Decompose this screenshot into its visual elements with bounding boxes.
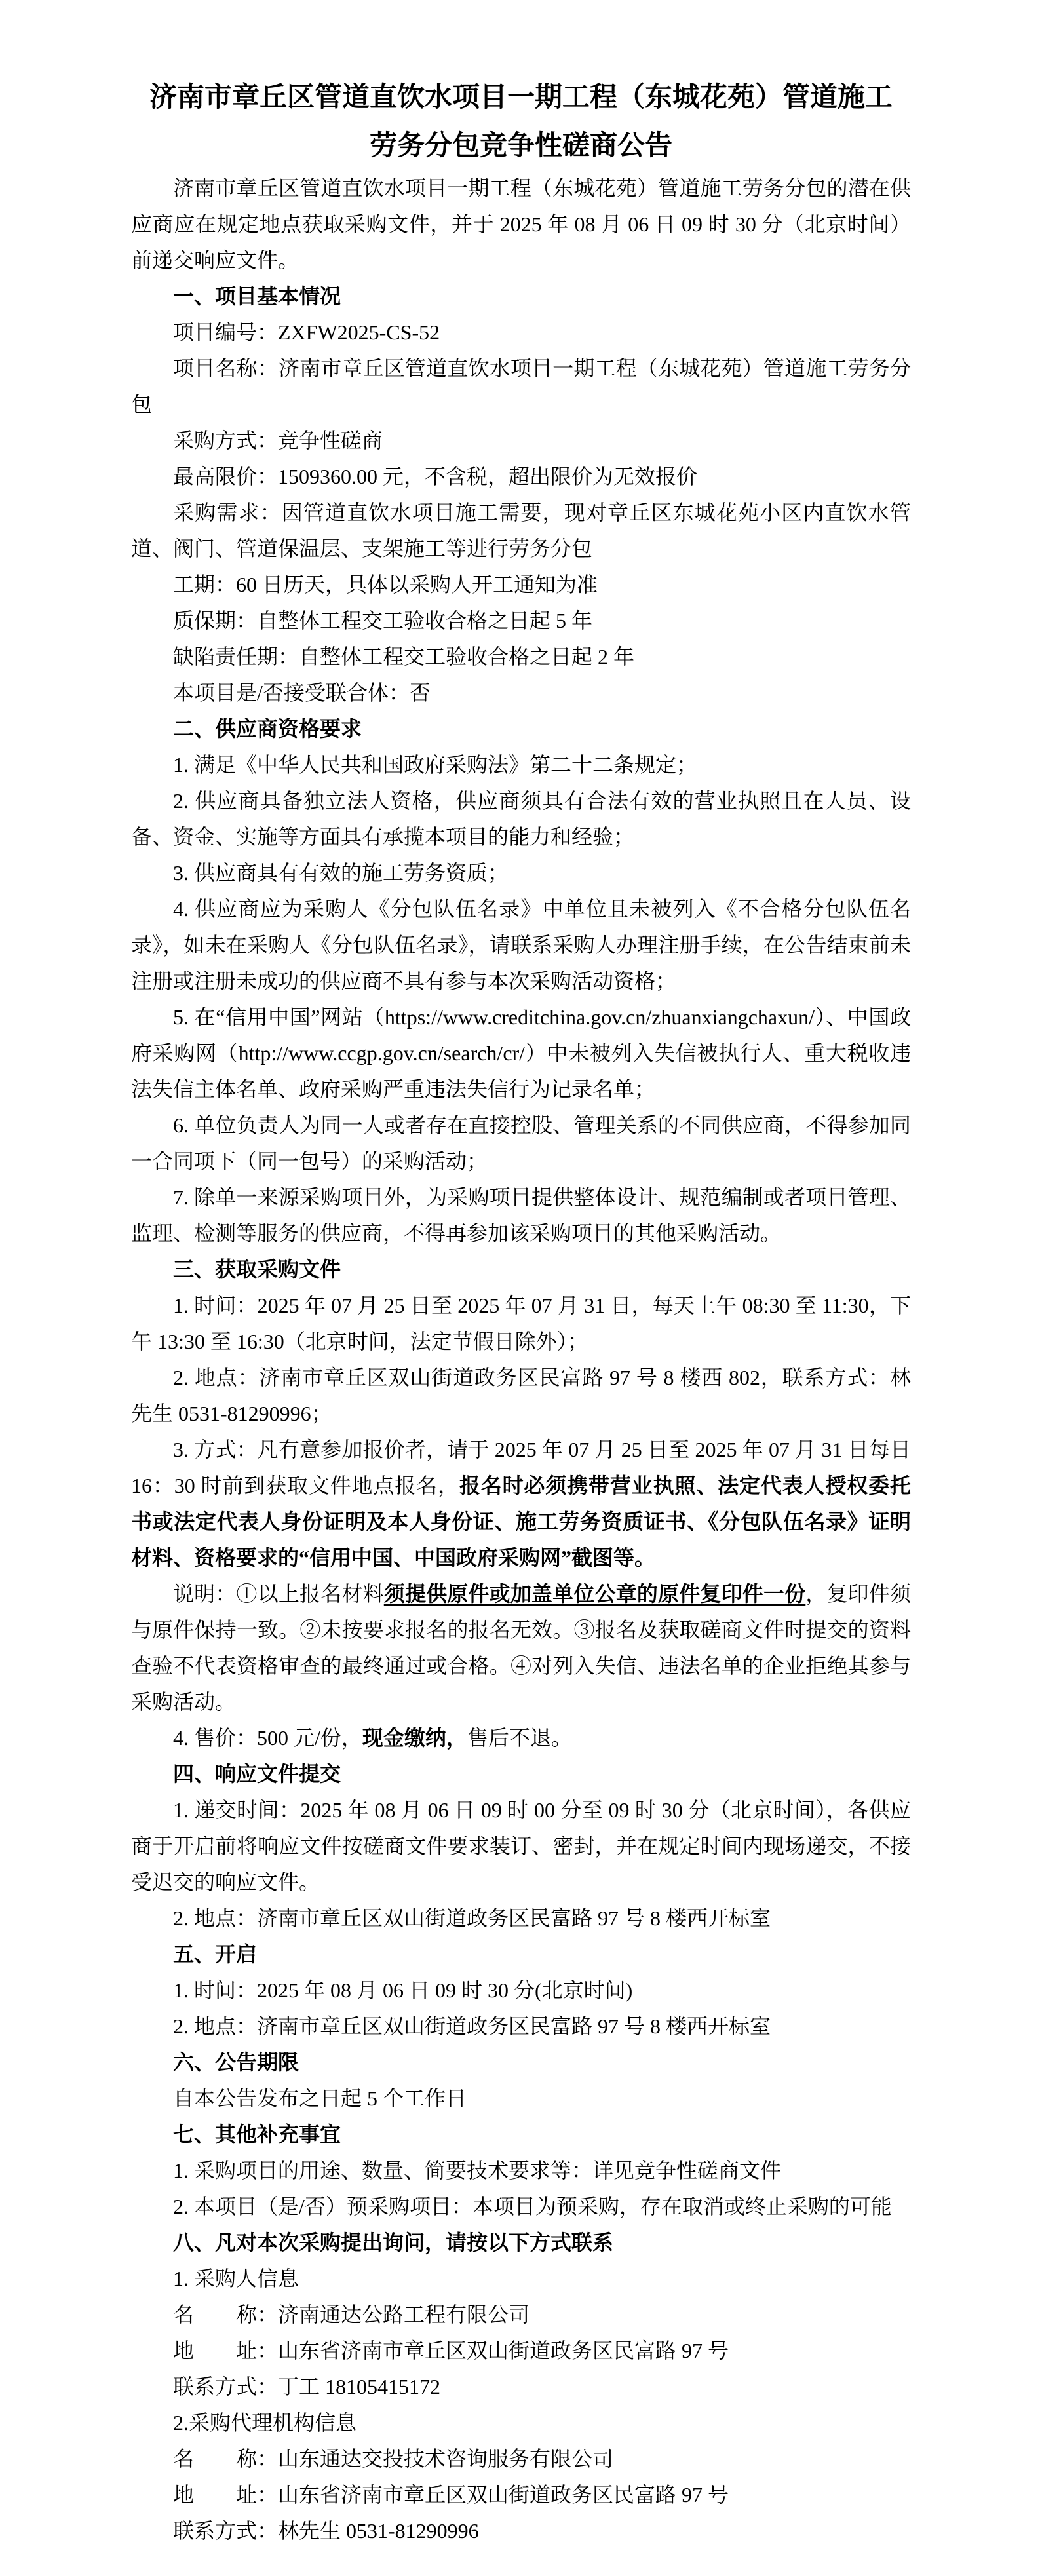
announcement-period: 自本公告发布之日起 5 个工作日: [131, 2081, 911, 2117]
document-price-run-1: 现金缴纳，: [362, 1726, 467, 1750]
doc-title-line-2-run-0: 劳务分包竞争性磋商公告: [370, 131, 672, 161]
qualification-item-2-run-0: 2. 供应商具备独立法人资格，供应商须具有合法有效的营业执照且在人员、设备、资金…: [131, 789, 911, 849]
announcement-period-run-0: 自本公告发布之日起 5 个工作日: [173, 2086, 467, 2110]
procurement-demand-run-0: 采购需求：因管道直饮水项目施工需要，现对章丘区东城花苑小区内直饮水管道、阀门、管…: [131, 501, 911, 560]
other-item-1-run-0: 1. 采购项目的用途、数量、简要技术要求等：详见竞争性磋商文件: [173, 2159, 781, 2182]
section-4-heading: 四、响应文件提交: [131, 1756, 911, 1792]
section-5-heading: 五、开启: [131, 1936, 911, 1972]
opening-place-run-0: 2. 地点：济南市章丘区双山街道政务区民富路 97 号 8 楼西开标室: [173, 2014, 771, 2038]
section-7-heading: 七、其他补充事宜: [131, 2117, 911, 2153]
qualification-item-4: 4. 供应商应为采购人《分包队伍名录》中单位且未被列入《不合格分包队伍名录》，如…: [131, 891, 911, 999]
section-1-heading-run-0: 一、项目基本情况: [173, 284, 341, 308]
document-price-run-2: 售后不退。: [467, 1726, 572, 1750]
intro-paragraph: 济南市章丘区管道直饮水项目一期工程（东城花苑）管道施工劳务分包的潜在供应商应在规…: [131, 170, 911, 279]
qualification-item-6: 6. 单位负责人为同一人或者存在直接控股、管理关系的不同供应商，不得参加同一合同…: [131, 1107, 911, 1180]
opening-time: 1. 时间：2025 年 08 月 06 日 09 时 30 分(北京时间): [131, 1972, 911, 2009]
purchaser-name-run-0: 名 称：济南通达公路工程有限公司: [173, 2303, 530, 2326]
qualification-item-3: 3. 供应商具有有效的施工劳务资质；: [131, 855, 911, 891]
document-method: 3. 方式：凡有意参加报价者，请于 2025 年 07 月 25 日至 2025…: [131, 1432, 911, 1576]
qualification-item-7: 7. 除单一来源采购项目外，为采购项目提供整体设计、规范编制或者项目管理、监理、…: [131, 1180, 911, 1252]
document-place: 2. 地点：济南市章丘区双山街道政务区民富路 97 号 8 楼西 802，联系方…: [131, 1360, 911, 1432]
project-name-run-0: 项目名称：济南市章丘区管道直饮水项目一期工程（东城花苑）管道施工劳务分包: [131, 356, 911, 416]
section-4-heading-run-0: 四、响应文件提交: [173, 1762, 341, 1786]
section-2-heading: 二、供应商资格要求: [131, 711, 911, 747]
announcement-document: 济南市章丘区管道直饮水项目一期工程（东城花苑）管道施工劳务分包竞争性磋商公告济南…: [131, 73, 911, 2549]
agency-contact: 联系方式：林先生 0531-81290996: [131, 2513, 911, 2549]
submission-time: 1. 递交时间：2025 年 08 月 06 日 09 时 00 分至 09 时…: [131, 1792, 911, 1900]
qualification-item-1: 1. 满足《中华人民共和国政府采购法》第二十二条规定；: [131, 747, 911, 783]
defect-liability-period-run-0: 缺陷责任期：自整体工程交工验收合格之日起 2 年: [173, 645, 634, 668]
purchaser-name: 名 称：济南通达公路工程有限公司: [131, 2297, 911, 2333]
document-price: 4. 售价：500 元/份，现金缴纳，售后不退。: [131, 1720, 911, 1756]
doc-title-line-1: 济南市章丘区管道直饮水项目一期工程（东城花苑）管道施工: [131, 73, 911, 122]
purchaser-contact: 联系方式：丁工 18105415172: [131, 2369, 911, 2405]
section-5-heading-run-0: 五、开启: [173, 1942, 257, 1966]
construction-period: 工期：60 日历天，具体以采购人开工通知为准: [131, 567, 911, 603]
warranty-period-run-0: 质保期：自整体工程交工验收合格之日起 5 年: [173, 609, 592, 632]
section-8-heading: 八、凡对本次采购提出询问，请按以下方式联系: [131, 2225, 911, 2261]
defect-liability-period: 缺陷责任期：自整体工程交工验收合格之日起 2 年: [131, 639, 911, 675]
intro-paragraph-run-0: 济南市章丘区管道直饮水项目一期工程（东城花苑）管道施工劳务分包的潜在供应商应在规…: [131, 176, 911, 272]
project-number: 项目编号：ZXFW2025-CS-52: [131, 315, 911, 351]
submission-place-run-0: 2. 地点：济南市章丘区双山街道政务区民富路 97 号 8 楼西开标室: [173, 1906, 771, 1930]
document-place-run-0: 2. 地点：济南市章丘区双山街道政务区民富路 97 号 8 楼西 802，联系方…: [131, 1366, 911, 1425]
purchaser-address-run-0: 地 址：山东省济南市章丘区双山街道政务区民富路 97 号: [173, 2339, 729, 2362]
agency-address-run-0: 地 址：山东省济南市章丘区双山街道政务区民富路 97 号: [173, 2483, 729, 2507]
submission-place: 2. 地点：济南市章丘区双山街道政务区民富路 97 号 8 楼西开标室: [131, 1900, 911, 1936]
qualification-item-7-run-0: 7. 除单一来源采购项目外，为采购项目提供整体设计、规范编制或者项目管理、监理、…: [131, 1185, 911, 1245]
doc-title-line-2: 劳务分包竞争性磋商公告: [131, 122, 911, 170]
agency-name: 名 称：山东通达交投技术咨询服务有限公司: [131, 2441, 911, 2477]
section-6-heading-run-0: 六、公告期限: [173, 2050, 299, 2074]
registration-note: 说明：①以上报名材料须提供原件或加盖单位公章的原件复印件一份，复印件须与原件保持…: [131, 1576, 911, 1720]
purchaser-info-heading-run-0: 1. 采购人信息: [173, 2267, 299, 2290]
qualification-item-5-run-0: 5. 在“信用中国”网站（https://www.creditchina.gov…: [131, 1005, 911, 1101]
section-6-heading: 六、公告期限: [131, 2045, 911, 2081]
document-time-run-0: 1. 时间：2025 年 07 月 25 日至 2025 年 07 月 31 日…: [131, 1294, 911, 1353]
max-price-run-0: 最高限价：1509360.00 元，不含税，超出限价为无效报价: [173, 465, 697, 488]
other-item-2: 2. 本项目（是/否）预采购项目：本项目为预采购，存在取消或终止采购的可能: [131, 2189, 911, 2225]
doc-title-line-1-run-0: 济南市章丘区管道直饮水项目一期工程（东城花苑）管道施工: [149, 83, 893, 113]
consortium-acceptance-run-0: 本项目是/否接受联合体：否: [173, 681, 431, 704]
qualification-item-6-run-0: 6. 单位负责人为同一人或者存在直接控股、管理关系的不同供应商，不得参加同一合同…: [131, 1113, 911, 1173]
purchaser-info-heading: 1. 采购人信息: [131, 2261, 911, 2297]
section-1-heading: 一、项目基本情况: [131, 279, 911, 315]
qualification-item-1-run-0: 1. 满足《中华人民共和国政府采购法》第二十二条规定；: [173, 753, 697, 777]
qualification-item-2: 2. 供应商具备独立法人资格，供应商须具有合法有效的营业执照且在人员、设备、资金…: [131, 783, 911, 855]
document-page: 济南市章丘区管道直饮水项目一期工程（东城花苑）管道施工劳务分包竞争性磋商公告济南…: [0, 0, 1040, 2576]
procurement-method-run-0: 采购方式：竞争性磋商: [173, 429, 383, 452]
project-name: 项目名称：济南市章丘区管道直饮水项目一期工程（东城花苑）管道施工劳务分包: [131, 351, 911, 423]
section-3-heading: 三、获取采购文件: [131, 1252, 911, 1288]
qualification-item-3-run-0: 3. 供应商具有有效的施工劳务资质；: [173, 861, 509, 885]
construction-period-run-0: 工期：60 日历天，具体以采购人开工通知为准: [173, 573, 598, 596]
project-number-run-0: 项目编号：ZXFW2025-CS-52: [173, 320, 440, 344]
agency-info-heading: 2.采购代理机构信息: [131, 2405, 911, 2441]
qualification-item-5: 5. 在“信用中国”网站（https://www.creditchina.gov…: [131, 999, 911, 1107]
agency-address: 地 址：山东省济南市章丘区双山街道政务区民富路 97 号: [131, 2477, 911, 2513]
section-3-heading-run-0: 三、获取采购文件: [173, 1258, 341, 1281]
section-2-heading-run-0: 二、供应商资格要求: [173, 717, 362, 740]
section-8-heading-run-0: 八、凡对本次采购提出询问，请按以下方式联系: [173, 2231, 613, 2254]
procurement-method: 采购方式：竞争性磋商: [131, 423, 911, 459]
document-price-run-0: 4. 售价：500 元/份，: [173, 1726, 362, 1750]
max-price: 最高限价：1509360.00 元，不含税，超出限价为无效报价: [131, 459, 911, 495]
opening-time-run-0: 1. 时间：2025 年 08 月 06 日 09 时 30 分(北京时间): [173, 1978, 632, 2002]
agency-name-run-0: 名 称：山东通达交投技术咨询服务有限公司: [173, 2447, 613, 2470]
warranty-period: 质保期：自整体工程交工验收合格之日起 5 年: [131, 603, 911, 639]
agency-info-heading-run-0: 2.采购代理机构信息: [173, 2411, 356, 2434]
other-item-1: 1. 采购项目的用途、数量、简要技术要求等：详见竞争性磋商文件: [131, 2153, 911, 2189]
purchaser-contact-run-0: 联系方式：丁工 18105415172: [173, 2375, 440, 2398]
registration-note-run-0: 说明：①以上报名材料: [173, 1582, 384, 1605]
agency-contact-run-0: 联系方式：林先生 0531-81290996: [173, 2519, 479, 2543]
other-item-2-run-0: 2. 本项目（是/否）预采购项目：本项目为预采购，存在取消或终止采购的可能: [173, 2195, 892, 2218]
qualification-item-4-run-0: 4. 供应商应为采购人《分包队伍名录》中单位且未被列入《不合格分包队伍名录》，如…: [131, 897, 911, 993]
section-7-heading-run-0: 七、其他补充事宜: [173, 2123, 341, 2146]
purchaser-address: 地 址：山东省济南市章丘区双山街道政务区民富路 97 号: [131, 2333, 911, 2369]
opening-place: 2. 地点：济南市章丘区双山街道政务区民富路 97 号 8 楼西开标室: [131, 2009, 911, 2045]
consortium-acceptance: 本项目是/否接受联合体：否: [131, 675, 911, 711]
submission-time-run-0: 1. 递交时间：2025 年 08 月 06 日 09 时 00 分至 09 时…: [131, 1798, 911, 1894]
procurement-demand: 采购需求：因管道直饮水项目施工需要，现对章丘区东城花苑小区内直饮水管道、阀门、管…: [131, 495, 911, 567]
registration-note-run-1: 须提供原件或加盖单位公章的原件复印件一份: [384, 1582, 806, 1605]
document-time: 1. 时间：2025 年 07 月 25 日至 2025 年 07 月 31 日…: [131, 1288, 911, 1360]
